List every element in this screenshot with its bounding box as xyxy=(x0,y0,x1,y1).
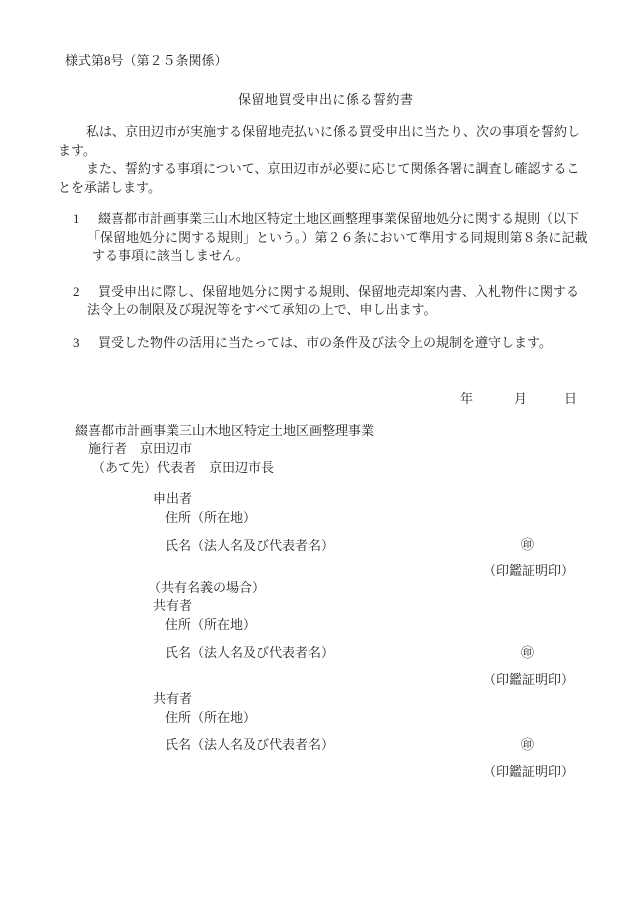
intro-line: 私は、京田辺市が実施する保留地売払いに係る買受申出に当たり、次の事項を誓約し xyxy=(86,123,580,140)
list-item-line: 綴喜都市計画事業三山木地区特定土地区画整理事業保留地処分に関する規則（以下 xyxy=(98,210,579,227)
addressee-executor: 施行者 京田辺市 xyxy=(88,440,192,457)
document-title: 保留地買受申出に係る誓約書 xyxy=(238,91,414,108)
form-number: 様式第8号（第２５条関係） xyxy=(65,52,228,69)
co-owner-case-note: （共有名義の場合） xyxy=(148,579,265,596)
name-field-label: 氏名（法人名及び代表者名） xyxy=(165,644,334,661)
seal-mark-icon: ㊞ xyxy=(521,536,534,553)
date-day-label: 日 xyxy=(564,390,577,407)
list-item-line: 「保留地処分に関する規則」という。）第２６条において準用する同規則第８条に記載 xyxy=(87,229,588,246)
addressee-representative: （あて先）代表者 京田辺市長 xyxy=(92,459,274,476)
date-year-label: 年 xyxy=(460,390,473,407)
co-owner-role-label: 共有者 xyxy=(153,690,192,707)
list-item-line: 法令上の制限及び現況等をすべて承知の上で、申し出ます。 xyxy=(87,301,436,318)
seal-certificate-note: （印鑑証明印） xyxy=(483,562,574,579)
applicant-role-label: 申出者 xyxy=(153,490,192,507)
co-owner-role-label: 共有者 xyxy=(153,597,192,614)
intro-line: また、誓約する事項について、京田辺市が必要に応じて関係各署に調査し確認するこ xyxy=(86,160,579,177)
document-page: 様式第8号（第２５条関係） 保留地買受申出に係る誓約書 私は、京田辺市が実施する… xyxy=(0,0,630,915)
name-field-label: 氏名（法人名及び代表者名） xyxy=(165,736,334,753)
list-item-line: 買受申出に際し、保留地処分に関する規則、保留地売却案内書、入札物件に関する xyxy=(98,283,579,300)
list-item-line: する事項に該当しません。 xyxy=(92,247,249,264)
intro-line: とを承諾します。 xyxy=(58,179,161,196)
list-item-number: 1 xyxy=(73,210,80,227)
seal-certificate-note: （印鑑証明印） xyxy=(483,763,574,780)
address-field-label: 住所（所在地） xyxy=(165,509,256,526)
list-item-line: 買受した物件の活用に当たっては、市の条件及び法令上の規制を遵守します。 xyxy=(98,334,552,351)
list-item-number: 2 xyxy=(73,283,80,300)
addressee-project: 綴喜都市計画事業三山木地区特定土地区画整理事業 xyxy=(75,422,374,439)
address-field-label: 住所（所在地） xyxy=(165,709,256,726)
seal-mark-icon: ㊞ xyxy=(521,736,534,753)
date-month-label: 月 xyxy=(514,390,527,407)
name-field-label: 氏名（法人名及び代表者名） xyxy=(165,537,334,554)
list-item-number: 3 xyxy=(73,334,80,351)
seal-mark-icon: ㊞ xyxy=(521,644,534,661)
address-field-label: 住所（所在地） xyxy=(165,616,256,633)
intro-line: ます。 xyxy=(58,142,96,159)
seal-certificate-note: （印鑑証明印） xyxy=(483,671,574,688)
